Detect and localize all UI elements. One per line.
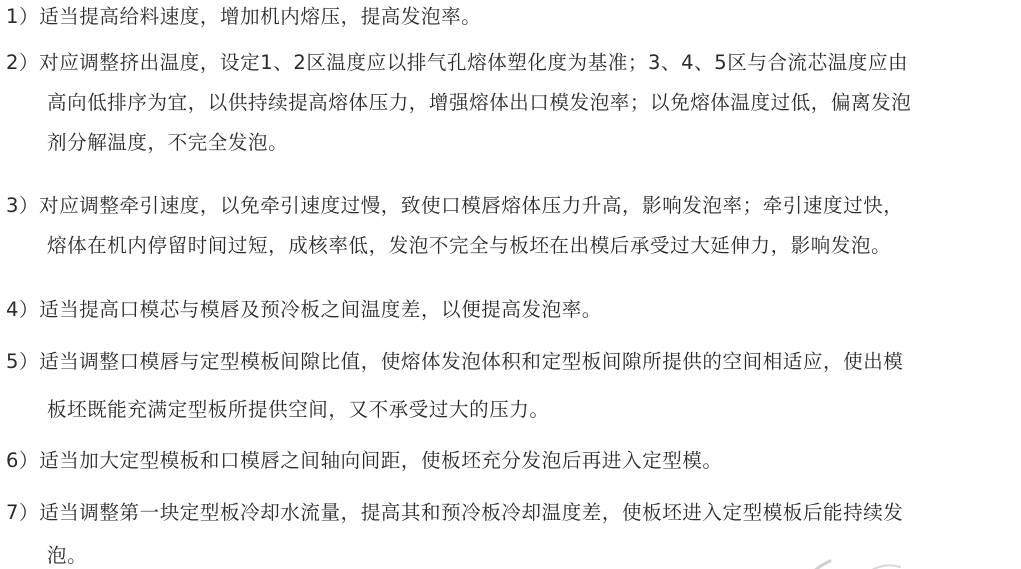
list-item-text-continued: 板坯既能充满定型板所提供空间，又不承受过大的压力。 — [47, 397, 550, 423]
list-item-text-continued: 剂分解温度，不完全发泡。 — [47, 130, 288, 156]
list-item-text: 6）适当加大定型模板和口模唇之间轴向间距，使板坯充分发泡后再进入定型模。 — [6, 448, 723, 474]
document-page: 1）适当提高给料速度，增加机内熔压，提高发泡率。 2）对应调整挤出温度，设定1、… — [0, 0, 1021, 569]
watermark-icon — [800, 555, 920, 569]
list-item-text-continued: 熔体在机内停留时间过短，成核率低，发泡不完全与板坯在出模后承受过大延伸力，影响发… — [47, 233, 891, 259]
list-item-text-continued: 高向低排序为宜，以供持续提高熔体压力，增强熔体出口模发泡率；以免熔体温度过低，偏… — [47, 90, 911, 116]
list-item-text: 4）适当提高口模芯与模唇及预冷板之间温度差，以便提高发泡率。 — [6, 297, 602, 323]
list-item-text: 7）适当调整第一块定型板冷却水流量，提高其和预冷板冷却温度差，使板坯进入定型模板… — [6, 500, 903, 526]
list-item-text: 3）对应调整牵引速度，以免牵引速度过慢，致使口模唇熔体压力升高，影响发泡率；牵引… — [6, 193, 903, 219]
list-item-text: 5）适当调整口模唇与定型模板间隙比值，使熔体发泡体积和定型板间隙所提供的空间相适… — [6, 349, 903, 375]
list-item-text: 1）适当提高给料速度，增加机内熔压，提高发泡率。 — [6, 4, 481, 30]
list-item-text-continued: 泡。 — [47, 543, 87, 569]
list-item-text: 2）对应调整挤出温度，设定1、2区温度应以排气孔熔体塑化度为基准；3、4、5区与… — [6, 50, 908, 76]
